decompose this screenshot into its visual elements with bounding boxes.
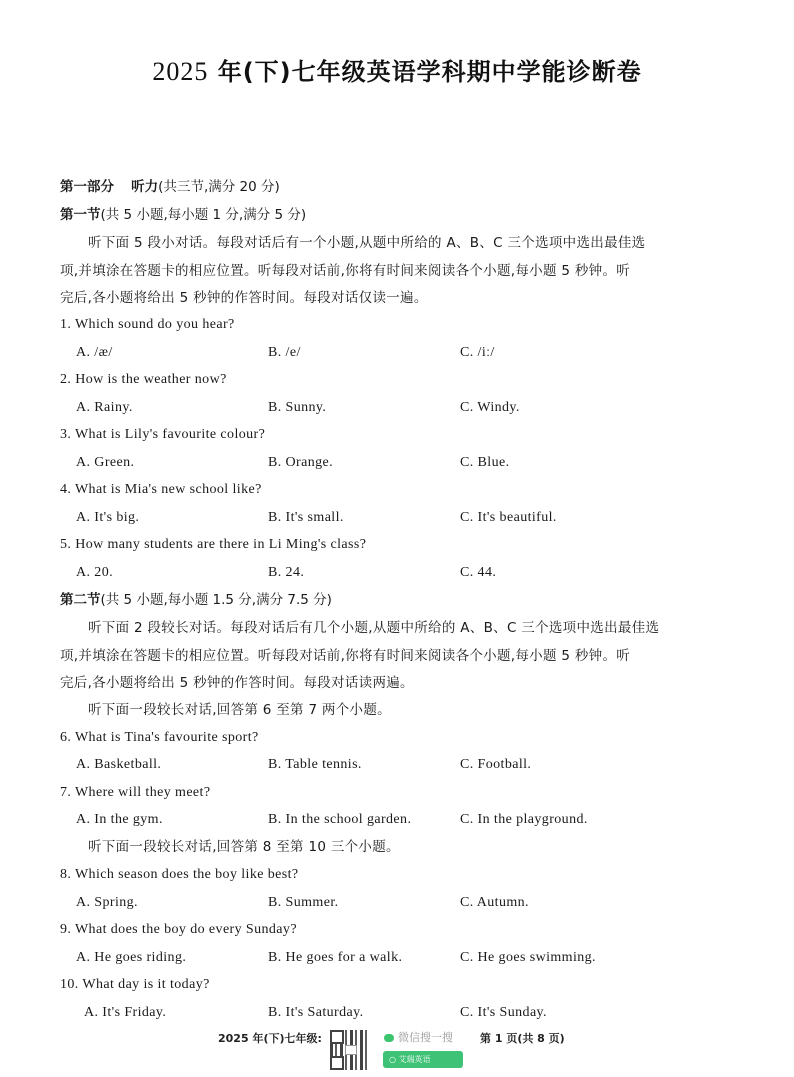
q9-option-a[interactable]: A. He goes riding. xyxy=(76,948,186,968)
q1-option-b[interactable]: B. /e/ xyxy=(268,343,301,363)
section1-heading: 第一节(共 5 小题,每小题 1 分,满分 5 分) xyxy=(60,205,306,225)
q7-option-b[interactable]: B. In the school garden. xyxy=(268,810,411,830)
question-10: 10. What day is it today? xyxy=(60,975,210,995)
page-footer: 2025 年(下)七年级: 第 1 页(共 8 页) xyxy=(218,1030,322,1046)
q9-option-c[interactable]: C. He goes swimming. xyxy=(460,948,596,968)
question-4: 4. What is Mia's new school like? xyxy=(60,480,262,500)
section2-instruction-3: 完后,各小题将给出 5 秒钟的作答时间。每段对话读两遍。 xyxy=(60,673,414,693)
title-year: 2025 xyxy=(152,57,208,86)
q2-option-c[interactable]: C. Windy. xyxy=(460,398,520,418)
section1-note: (共 5 小题,每小题 1 分,满分 5 分) xyxy=(101,207,307,223)
q8-option-a[interactable]: A. Spring. xyxy=(76,893,138,913)
question-8: 8. Which season does the boy like best? xyxy=(60,865,299,885)
q5-option-b[interactable]: B. 24. xyxy=(268,563,304,583)
question-9: 9. What does the boy do every Sunday? xyxy=(60,920,297,940)
question-2: 2. How is the weather now? xyxy=(60,370,227,390)
part1-note: (共三节,满分 20 分) xyxy=(158,179,280,195)
q6-option-b[interactable]: B. Table tennis. xyxy=(268,755,362,775)
q1-option-a[interactable]: A. /æ/ xyxy=(76,343,113,363)
question-1: 1. Which sound do you hear? xyxy=(60,315,235,335)
question-5: 5. How many students are there in Li Min… xyxy=(60,535,366,555)
qr-center-logo xyxy=(345,1045,357,1055)
q6-option-a[interactable]: A. Basketball. xyxy=(76,755,161,775)
section2-label: 第二节 xyxy=(60,592,101,608)
section1-label: 第一节 xyxy=(60,207,101,223)
q5-option-a[interactable]: A. 20. xyxy=(76,563,113,583)
wechat-icon xyxy=(384,1034,394,1042)
q8-option-b[interactable]: B. Summer. xyxy=(268,893,339,913)
q10-option-b[interactable]: B. It's Saturday. xyxy=(268,1003,364,1023)
search-icon: ○ xyxy=(389,1055,399,1064)
search-button-label: 艾瑞英语 xyxy=(399,1055,431,1064)
section1-instruction-1: 听下面 5 段小对话。每段对话后有一个小题,从题中所给的 A、B、C 三个选项中… xyxy=(88,233,645,253)
question-7: 7. Where will they meet? xyxy=(60,783,210,803)
section2-instruction-2: 项,并填涂在答题卡的相应位置。听每段对话前,你将有时间来阅读各个小题,每小题 5… xyxy=(60,646,630,666)
q3-option-b[interactable]: B. Orange. xyxy=(268,453,333,473)
q9-option-b[interactable]: B. He goes for a walk. xyxy=(268,948,402,968)
q5-option-c[interactable]: C. 44. xyxy=(460,563,496,583)
qr-code[interactable] xyxy=(330,1030,370,1070)
dialogue-note-2: 听下面一段较长对话,回答第 8 至第 10 三个小题。 xyxy=(88,837,400,857)
q4-option-a[interactable]: A. It's big. xyxy=(76,508,139,528)
section2-instruction-1: 听下面 2 段较长对话。每段对话后有几个小题,从题中所给的 A、B、C 三个选项… xyxy=(88,618,659,638)
page-number: 第 1 页(共 8 页) xyxy=(480,1030,565,1046)
q3-option-a[interactable]: A. Green. xyxy=(76,453,134,473)
part1-heading: 第一部分 听力(共三节,满分 20 分) xyxy=(60,177,280,197)
section1-instruction-2: 项,并填涂在答题卡的相应位置。听每段对话前,你将有时间来阅读各个小题,每小题 5… xyxy=(60,261,630,281)
title-text: 年(下)七年级英语学科期中学能诊断卷 xyxy=(208,58,641,86)
q2-option-a[interactable]: A. Rainy. xyxy=(76,398,133,418)
q1-option-c[interactable]: C. /iː/ xyxy=(460,343,495,363)
wechat-search-label: 微信搜一搜 xyxy=(384,1029,453,1045)
q8-option-c[interactable]: C. Autumn. xyxy=(460,893,529,913)
question-3: 3. What is Lily's favourite colour? xyxy=(60,425,265,445)
q10-option-a[interactable]: A. It's Friday. xyxy=(84,1003,166,1023)
part1-label: 第一部分 xyxy=(60,179,114,195)
page-title: 2025 年(下)七年级英语学科期中学能诊断卷 xyxy=(0,52,794,87)
section1-instruction-3: 完后,各小题将给出 5 秒钟的作答时间。每段对话仅读一遍。 xyxy=(60,288,428,308)
q3-option-c[interactable]: C. Blue. xyxy=(460,453,509,473)
section2-note: (共 5 小题,每小题 1.5 分,满分 7.5 分) xyxy=(101,592,332,608)
q7-option-a[interactable]: A. In the gym. xyxy=(76,810,163,830)
part1-sub: 听力 xyxy=(131,179,158,195)
footer-title: 2025 年(下)七年级: xyxy=(218,1032,322,1045)
q7-option-c[interactable]: C. In the playground. xyxy=(460,810,588,830)
q6-option-c[interactable]: C. Football. xyxy=(460,755,531,775)
section2-heading: 第二节(共 5 小题,每小题 1.5 分,满分 7.5 分) xyxy=(60,590,332,610)
q2-option-b[interactable]: B. Sunny. xyxy=(268,398,326,418)
dialogue-note-1: 听下面一段较长对话,回答第 6 至第 7 两个小题。 xyxy=(88,700,391,720)
q4-option-b[interactable]: B. It's small. xyxy=(268,508,344,528)
q10-option-c[interactable]: C. It's Sunday. xyxy=(460,1003,547,1023)
wechat-search-button[interactable]: ○ 艾瑞英语 xyxy=(383,1051,463,1068)
q4-option-c[interactable]: C. It's beautiful. xyxy=(460,508,557,528)
question-6: 6. What is Tina's favourite sport? xyxy=(60,728,259,748)
wechat-label-text: 微信搜一搜 xyxy=(398,1031,453,1044)
